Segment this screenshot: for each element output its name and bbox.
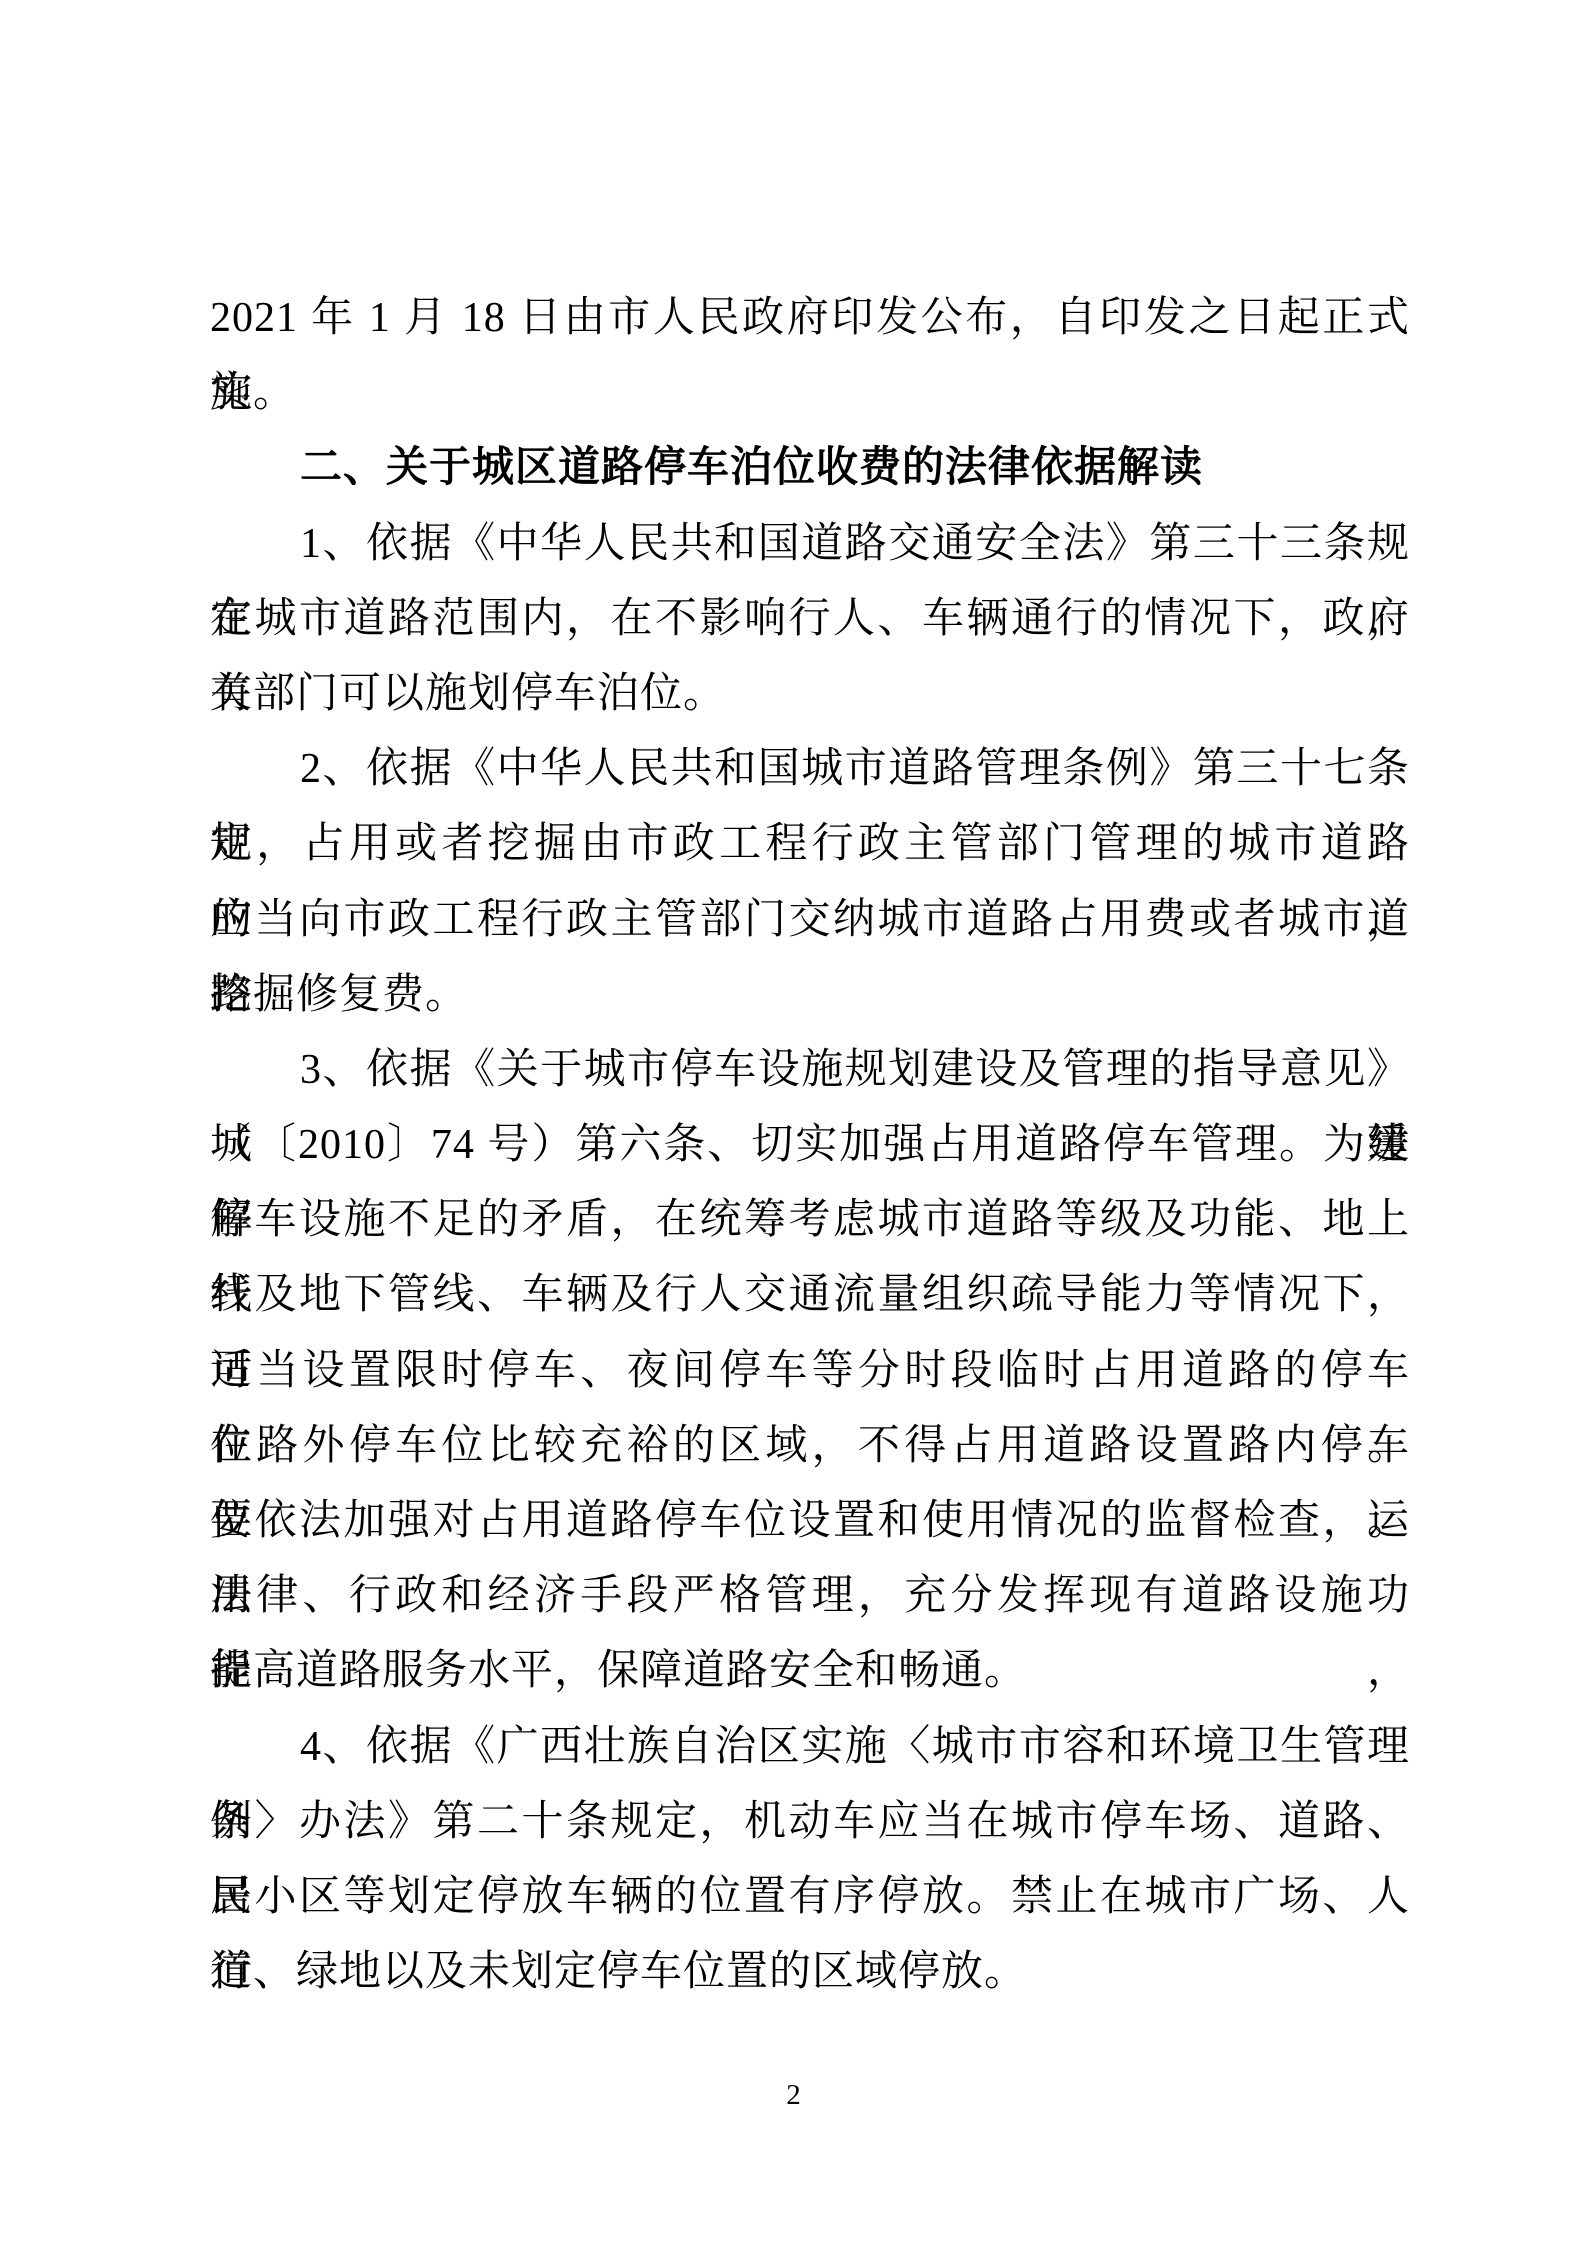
body-line: 城〔2010〕74 号）第六条、切实加强占用道路停车管理。为缓解 [210,1108,1410,1183]
body-line: 4、依据《广西壮族自治区实施〈城市市容和环境卫生管理条 [210,1710,1410,1785]
document-body: 2021 年 1 月 18 日由市人民政府印发公布，自印发之日起正式实 施。 二… [210,281,1410,2010]
body-line: 2021 年 1 月 18 日由市人民政府印发公布，自印发之日起正式实 [210,281,1410,356]
body-line: 挖掘修复费。 [210,958,1410,1033]
body-line: 3、依据《关于城市停车设施规划建设及管理的指导意见》（建 [210,1033,1410,1108]
body-line: 应当向市政工程行政主管部门交纳城市道路占用费或者城市道路 [210,883,1410,958]
body-line: 法律、行政和经济手段严格管理，充分发挥现有道路设施功能， [210,1559,1410,1634]
body-line: 要依法加强对占用道路停车位设置和使用情况的监督检查，运用 [210,1484,1410,1559]
body-line: 在路外停车位比较充裕的区域，不得占用道路设置路内停车位。 [210,1409,1410,1484]
body-line: 2、依据《中华人民共和国城市道路管理条例》第三十七条规 [210,732,1410,807]
body-line: 在城市道路范围内，在不影响行人、车辆通行的情况下，政府有 [210,582,1410,657]
body-line: 适当设置限时停车、夜间停车等分时段临时占用道路的停车位。 [210,1334,1410,1409]
body-line: 线及地下管线、车辆及行人交通流量组织疏导能力等情况下，可 [210,1258,1410,1333]
body-line: 关部门可以施划停车泊位。 [210,657,1410,732]
body-line: 例〉办法》第二十条规定，机动车应当在城市停车场、道路、居 [210,1785,1410,1860]
body-line: 民小区等划定停放车辆的位置有序停放。禁止在城市广场、人行 [210,1860,1410,1935]
body-line: 道、绿地以及未划定停车位置的区域停放。 [210,1935,1410,2010]
page-number: 2 [0,2075,1587,2115]
body-line: 定，占用或者挖掘由市政工程行政主管部门管理的城市道路的， [210,807,1410,882]
section-heading: 二、关于城区道路停车泊位收费的法律依据解读 [210,431,1410,506]
document-page: 2021 年 1 月 18 日由市人民政府印发公布，自印发之日起正式实 施。 二… [0,0,1587,2245]
body-line: 施。 [210,356,1410,431]
body-line: 1、依据《中华人民共和国道路交通安全法》第三十三条规定， [210,507,1410,582]
body-line: 停车设施不足的矛盾，在统筹考虑城市道路等级及功能、地上杆 [210,1183,1410,1258]
